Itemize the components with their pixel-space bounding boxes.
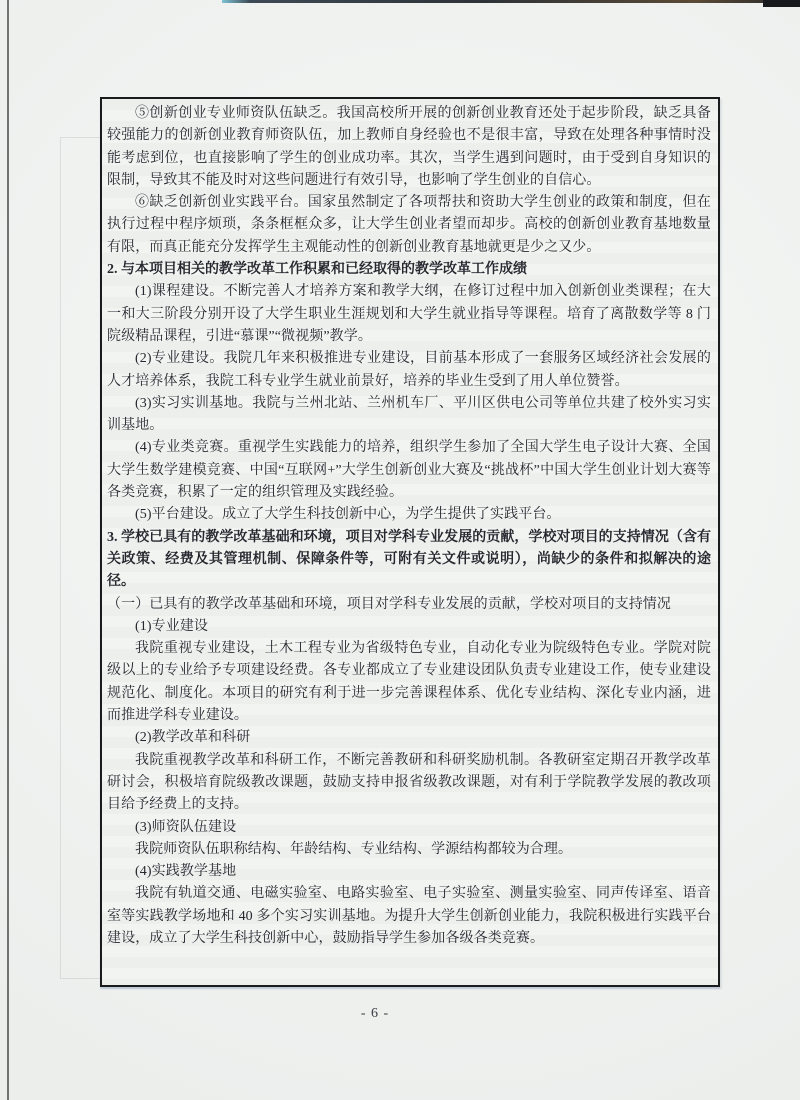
section-heading: 2. 与本项目相关的教学改革工作积累和已经取得的教学改革工作成绩: [107, 259, 711, 281]
scanned-page: ⑤创新创业专业师资队伍缺乏。我国高校所开展的创新创业教育还处于起步阶段，缺乏具备…: [0, 0, 800, 1100]
scan-edge-left-artifact: [7, 0, 9, 1100]
paragraph: (5)平台建设。成立了大学生科技创新中心，为学生提供了实践平台。: [107, 504, 711, 526]
scan-edge-corner-artifact: [763, 0, 800, 7]
paragraph: 我院重视教学改革和科研工作，不断完善教研和科研奖励机制。各教研室定期召开教学改革…: [107, 750, 711, 817]
paragraph: (2)教学改革和科研: [107, 727, 711, 749]
scan-edge-top-artifact: [222, 0, 800, 3]
paragraph: 我院师资队伍职称结构、年龄结构、专业结构、学源结构都较为合理。: [107, 839, 711, 861]
paragraph: (1)专业建设: [107, 616, 711, 638]
paragraph: (3)师资队伍建设: [107, 817, 711, 839]
form-cell-border: ⑤创新创业专业师资队伍缺乏。我国高校所开展的创新创业教育还处于起步阶段，缺乏具备…: [100, 97, 720, 987]
paragraph: （一）已具有的教学改革基础和环境，项目对学科专业发展的贡献，学校对项目的支持情况: [107, 594, 711, 616]
paragraph: (3)实习实训基地。我院与兰州北站、兰州机车厂、平川区供电公司等单位共建了校外实…: [107, 393, 711, 438]
paragraph: ⑤创新创业专业师资队伍缺乏。我国高校所开展的创新创业教育还处于起步阶段，缺乏具备…: [107, 103, 711, 192]
page-number: - 6 -: [335, 1006, 415, 1022]
paragraph: 我院有轨道交通、电磁实验室、电路实验室、电子实验室、测量实验室、同声传译室、语音…: [107, 883, 711, 950]
paragraph: (2)专业建设。我院几年来积极推进专业建设，目前基本形成了一套服务区域经济社会发…: [107, 348, 711, 393]
paragraph: (1)课程建设。不断完善人才培养方案和教学大纲，在修订过程中加入创新创业类课程；…: [107, 281, 711, 348]
paragraph: ⑥缺乏创新创业实践平台。国家虽然制定了各项帮扶和资助大学生创业的政策和制度，但在…: [107, 192, 711, 259]
paragraph: 我院重视专业建设，土木工程专业为省级特色专业，自动化专业为院级特色专业。学院对院…: [107, 638, 711, 727]
document-text: ⑤创新创业专业师资队伍缺乏。我国高校所开展的创新创业教育还处于起步阶段，缺乏具备…: [107, 103, 711, 950]
section-heading: 3. 学校已具有的教学改革基础和环境，项目对学科专业发展的贡献，学校对项目的支持…: [107, 527, 711, 594]
paragraph: (4)实践教学基地: [107, 861, 711, 883]
paragraph: (4)专业类竞赛。重视学生实践能力的培养，组织学生参加了全国大学生电子设计大赛、…: [107, 437, 711, 504]
